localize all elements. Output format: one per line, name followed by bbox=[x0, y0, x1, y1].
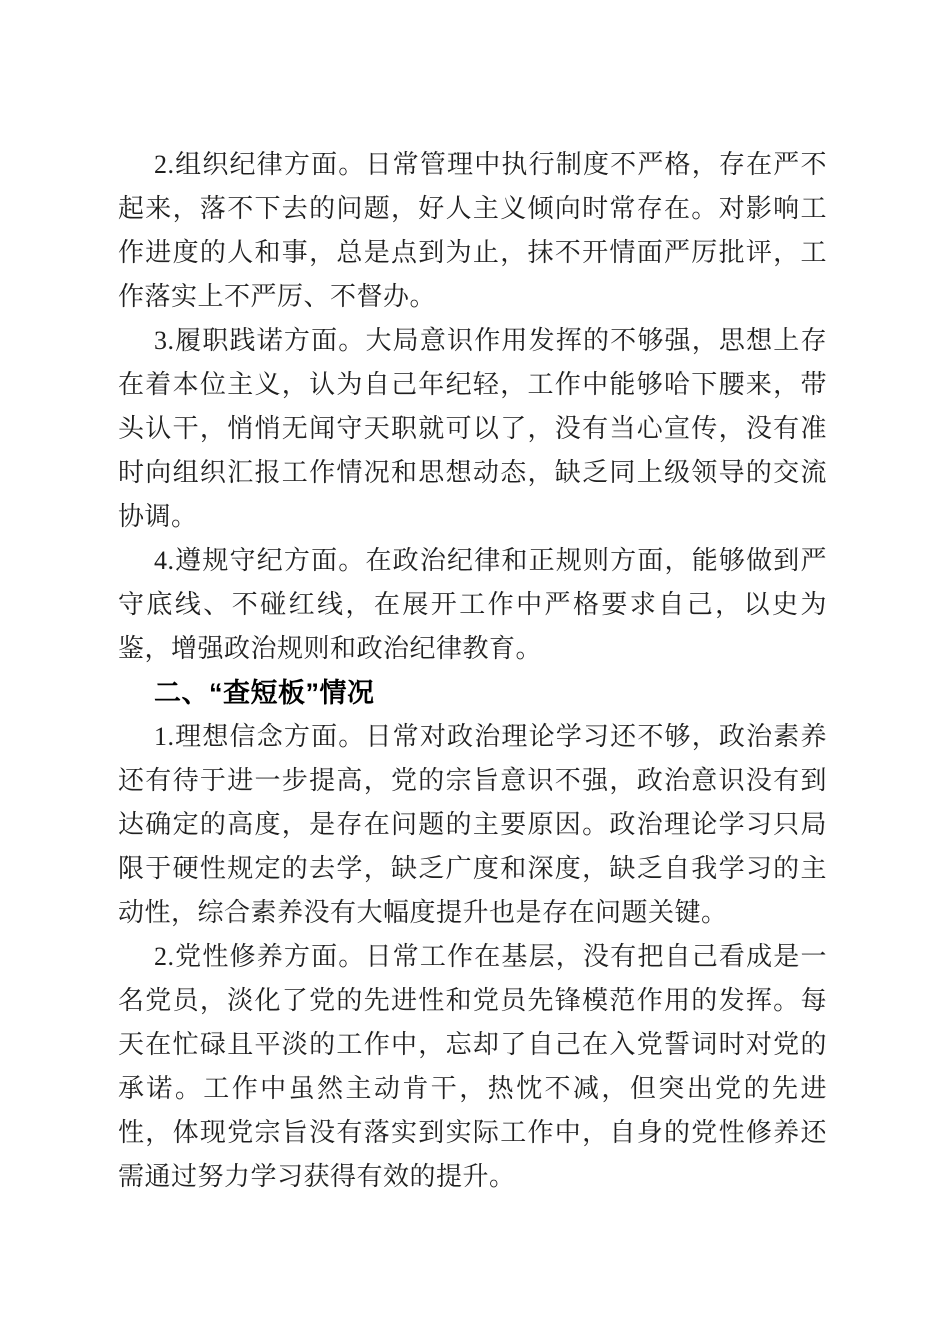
paragraph-ideals-beliefs: 1.理想信念方面。日常对政治理论学习还不够，政治素养还有待于进一步提高，党的宗旨… bbox=[118, 715, 827, 935]
paragraph-organizational-discipline: 2.组织纪律方面。日常管理中执行制度不严格，存在严不起来，落不下去的问题，好人主… bbox=[118, 143, 827, 319]
paragraph-party-spirit-cultivation: 2.党性修养方面。日常工作在基层，没有把自己看成是一名党员，淡化了党的先进性和党… bbox=[118, 935, 827, 1199]
section-heading-check-shortcomings: 二、“查短板”情况 bbox=[118, 671, 827, 715]
paragraph-rule-compliance: 4.遵规守纪方面。在政治纪律和正规则方面，能够做到严守底线、不碰红线，在展开工作… bbox=[118, 539, 827, 671]
document-page: 2.组织纪律方面。日常管理中执行制度不严格，存在严不起来，落不下去的问题，好人主… bbox=[0, 0, 950, 1344]
paragraph-duty-fulfillment: 3.履职践诺方面。大局意识作用发挥的不够强，思想上存在着本位主义，认为自己年纪轻… bbox=[118, 319, 827, 539]
document-body: 2.组织纪律方面。日常管理中执行制度不严格，存在严不起来，落不下去的问题，好人主… bbox=[118, 143, 827, 1199]
